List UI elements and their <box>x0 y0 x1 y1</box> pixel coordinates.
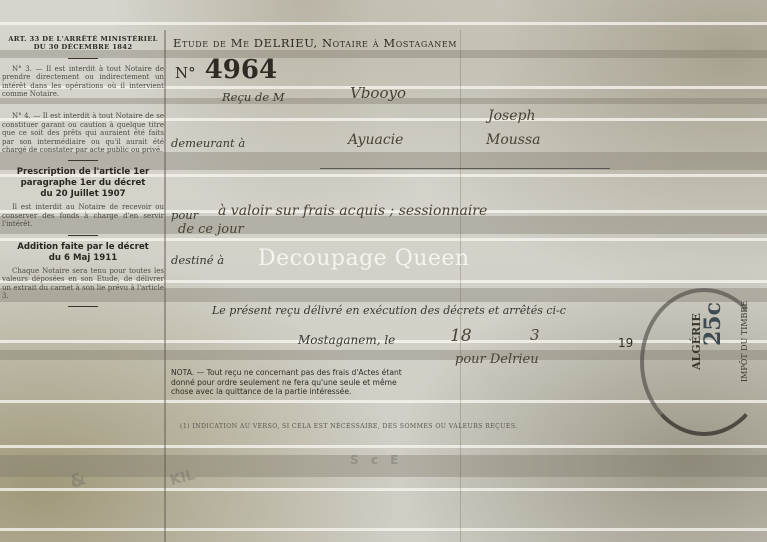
band <box>0 22 767 25</box>
pour-value-handwritten: à valoir sur frais acquis ; sessionnaire <box>218 203 487 219</box>
addition-title: Addition faite par le décret <box>2 242 164 253</box>
separator <box>68 306 98 307</box>
addition-title-2: du 6 Maj 1911 <box>2 253 164 264</box>
prescription-title: Prescription de l'article 1er <box>2 167 164 178</box>
faded-ghost-text: S c E <box>350 453 402 467</box>
notary-heading: Etude de Me DELRIEU, Notaire à Mostagane… <box>173 36 457 50</box>
prescription-title-3: du 20 Juillet 1907 <box>2 189 164 200</box>
separator <box>68 58 98 59</box>
paragraph-n3: N° 3. — Il est interdit à tout Notaire d… <box>2 65 164 99</box>
receipt-number-value: 4964 <box>205 55 277 85</box>
number-prefix: N° <box>175 64 196 82</box>
regulations-column: ART. 33 DE L'ARRÊTÉ MINISTÉRIEL DU 30 DÉ… <box>2 35 164 313</box>
underline <box>320 168 610 169</box>
separator <box>68 235 98 236</box>
pour-value2-handwritten: de ce jour <box>178 222 244 237</box>
year-prefix: 19 <box>618 336 633 350</box>
prescription-title-2: paragraphe 1er du décret <box>2 178 164 189</box>
date-day-handwritten: 18 <box>450 326 472 346</box>
stamp-type: IMPÔT DU TIMBRE <box>740 301 749 382</box>
band <box>0 445 767 448</box>
demeurant-label: demeurant à <box>171 136 245 150</box>
pour-label: pour <box>171 208 198 222</box>
paragraph-n4: N° 4. — Il est interdit à tout Notaire d… <box>2 112 164 154</box>
band <box>0 488 767 491</box>
column-divider <box>460 30 461 542</box>
place-label: Mostaganem, le <box>298 333 395 347</box>
destine-label: destiné à <box>171 253 224 267</box>
receipt-number: N° 4964 <box>175 55 277 85</box>
addition-text: Chaque Notaire sera tenu pour toutes les… <box>2 267 164 301</box>
demeurant-value-handwritten: Ayuacie <box>348 132 403 148</box>
firstname-handwritten: Joseph <box>488 108 536 124</box>
legal-statement: Le présent reçu délivré en exécution des… <box>212 304 566 317</box>
regulation-header-date: DU 30 DÉCEMBRE 1842 <box>2 43 164 51</box>
signature-handwritten: pour Delrieu <box>455 352 539 367</box>
band <box>0 528 767 531</box>
stamp-value: 25c <box>700 302 726 346</box>
separator <box>68 160 98 161</box>
date-month-handwritten: 3 <box>530 326 540 344</box>
nota-note: NOTA. — Tout reçu ne concernant pas des … <box>171 368 416 397</box>
demeurant-value2-handwritten: Moussa <box>486 132 541 148</box>
watermark-text: Decoupage Queen <box>258 246 470 271</box>
footnote: (1) INDICATION AU VERSO, SI CELA EST NÉC… <box>180 423 518 430</box>
prescription-text: Il est interdit au Notaire de recevoir o… <box>2 203 164 228</box>
recu-value-handwritten: Vbooyo <box>350 84 406 102</box>
recu-label: Reçu de M <box>222 90 285 104</box>
column-divider <box>164 30 166 542</box>
